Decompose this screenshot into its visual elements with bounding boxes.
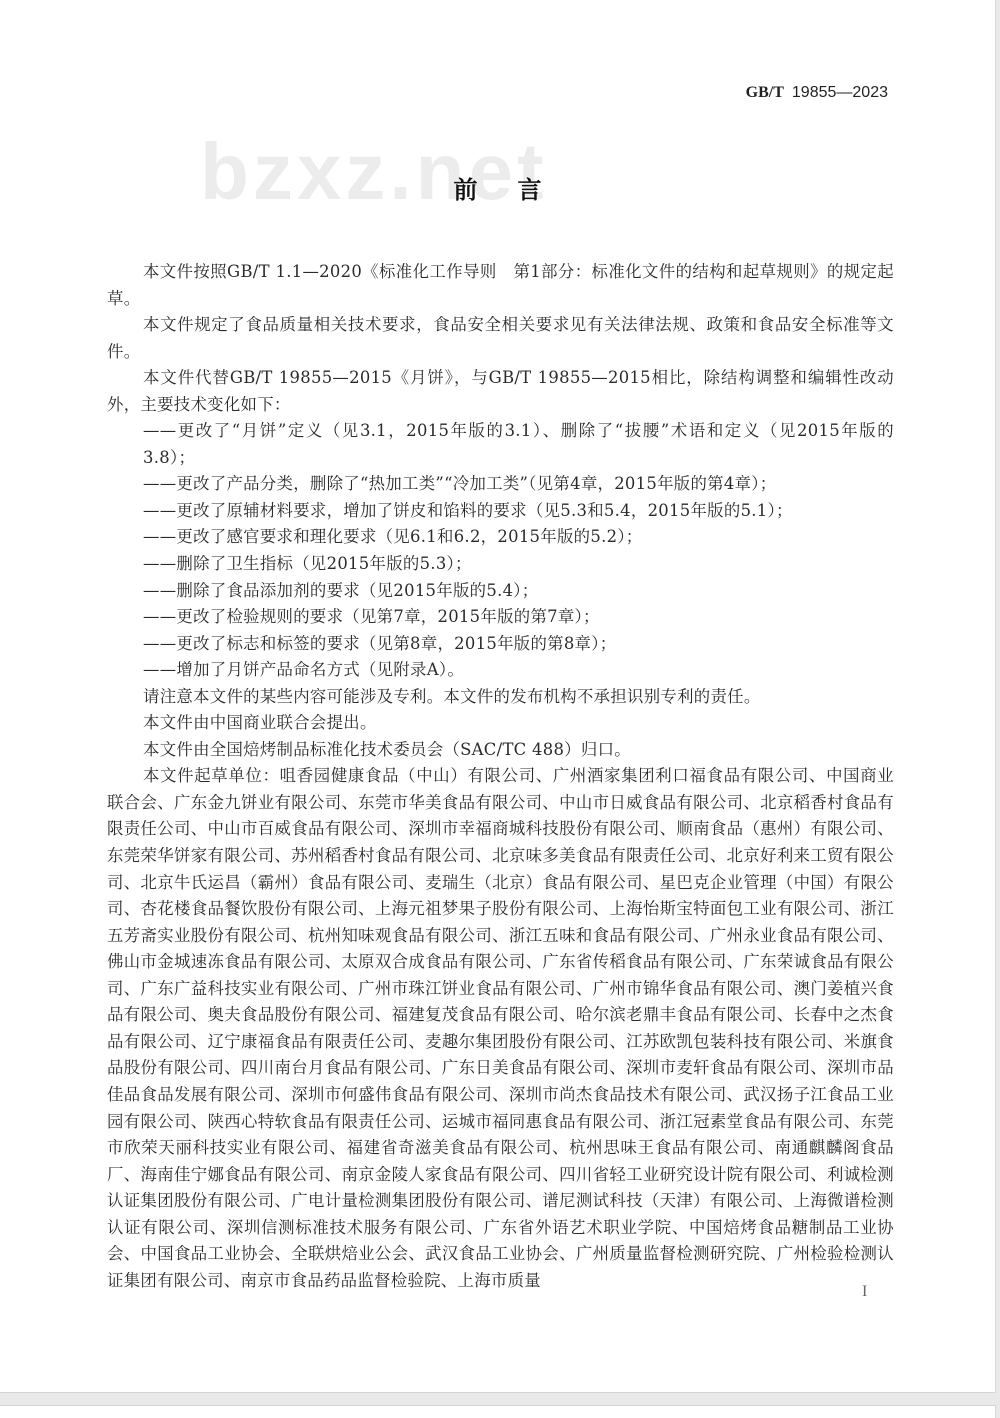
paragraph-administered-by: 本文件由全国焙烤制品标准化技术委员会（SAC/TC 488）归口。 — [107, 737, 894, 764]
standard-prefix: GB/T — [746, 84, 784, 101]
paragraph-patent-notice: 请注意本文件的某些内容可能涉及专利。本文件的发布机构不承担识别专利的责任。 — [107, 684, 894, 711]
change-item: ——更改了标志和标签的要求（见第8章，2015年版的第8章）； — [107, 631, 894, 658]
change-item: ——更改了产品分类，删除了“热加工类”“冷加工类”（见第4章，2015年版的第4… — [107, 471, 894, 498]
standard-number-header: GB/T19855—2023 — [746, 84, 888, 102]
page-title: 前言 — [0, 170, 995, 205]
change-item: ——更改了“月饼”定义（见3.1，2015年版的3.1）、删除了“拔腰”术语和定… — [107, 418, 894, 471]
change-item: ——删除了食品添加剂的要求（见2015年版的5.4）； — [107, 578, 894, 605]
change-item: ——增加了月饼产品命名方式（见附录A）。 — [107, 657, 894, 684]
paragraph-proposed-by: 本文件由中国商业联合会提出。 — [107, 710, 894, 737]
page-number: I — [862, 1283, 867, 1301]
change-item: ——删除了卫生指标（见2015年版的5.3）； — [107, 551, 894, 578]
standard-number: 19855—2023 — [792, 84, 888, 101]
paragraph-replacement: 本文件代替GB/T 19855—2015《月饼》，与GB/T 19855—201… — [107, 365, 894, 418]
paragraph-drafting-rules: 本文件按照GB/T 1.1—2020《标准化工作导则 第1部分：标准化文件的结构… — [107, 259, 894, 312]
next-page-edge — [0, 1405, 996, 1418]
change-item: ——更改了检验规则的要求（见第7章，2015年版的第7章）； — [107, 604, 894, 631]
paragraph-scope: 本文件规定了食品质量相关技术要求，食品安全相关要求见有关法律法规、政策和食品安全… — [107, 312, 894, 365]
change-item: ——更改了感官要求和理化要求（见6.1和6.2，2015年版的5.2）； — [107, 524, 894, 551]
paragraph-drafting-units: 本文件起草单位：咀香园健康食品（中山）有限公司、广州酒家集团利口福食品有限公司、… — [107, 763, 894, 1294]
document-page: bzxz.net GB/T19855—2023 前言 本文件按照GB/T 1.1… — [0, 0, 996, 1393]
foreword-body: 本文件按照GB/T 1.1—2020《标准化工作导则 第1部分：标准化文件的结构… — [107, 259, 894, 1294]
change-item: ——更改了原辅材料要求，增加了饼皮和馅料的要求（见5.3和5.4，2015年版的… — [107, 498, 894, 525]
